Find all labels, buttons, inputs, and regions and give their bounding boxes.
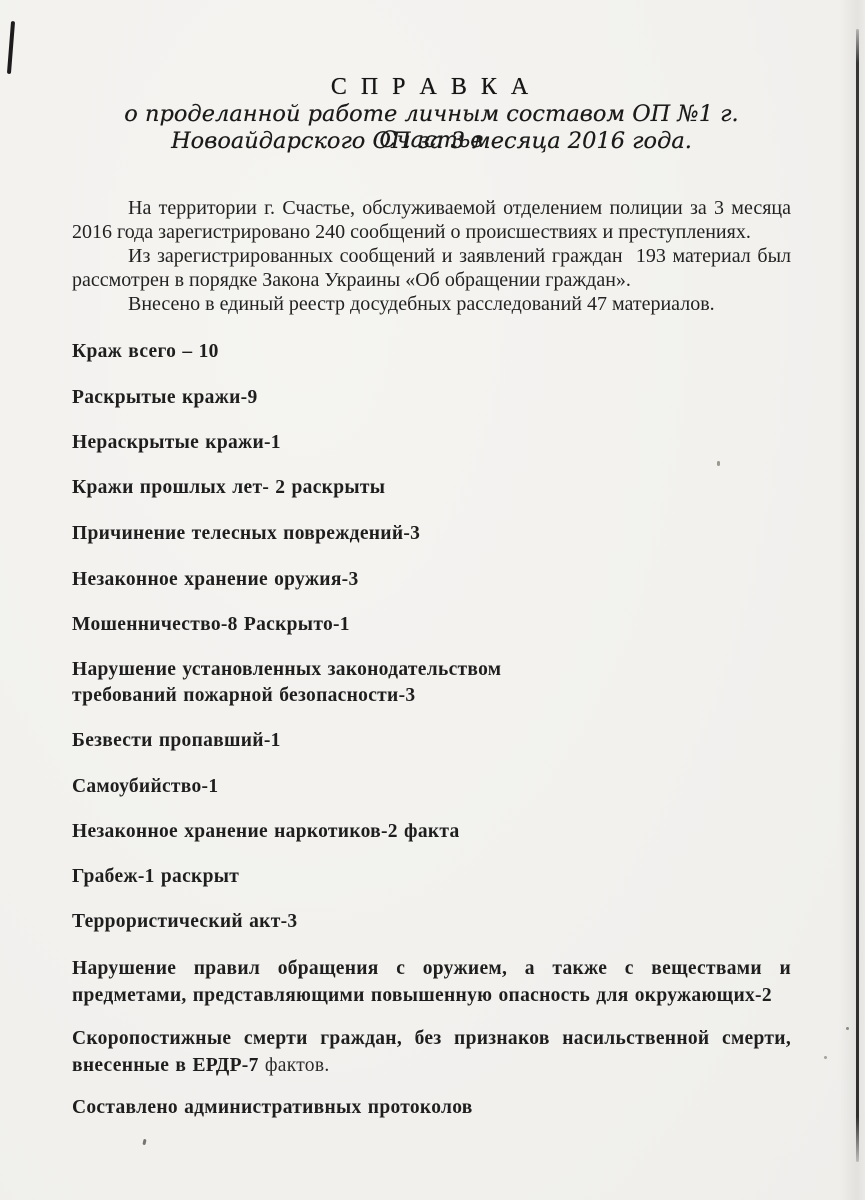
stat-line-regular-part: фактов.: [259, 1055, 330, 1076]
stat-drug-storage: Незаконное хранение наркотиков-2 факта: [72, 819, 791, 845]
ink-speck: [846, 1027, 849, 1030]
stat-sudden-deaths: Скоропостижные смерти граждан, без призн…: [72, 1025, 791, 1079]
stat-fraud: Мошенничество-8 Раскрыто-1: [72, 612, 791, 638]
pen-stroke-mark: [7, 21, 15, 74]
stat-robbery: Грабеж-1 раскрыт: [72, 864, 791, 890]
document-subtitle-line2: Новоайдарского ОП за 3 месяца 2016 года.: [72, 128, 791, 154]
stat-theft-past-years: Кражи прошлых лет- 2 раскрыты: [72, 475, 791, 501]
stat-theft-solved: Раскрытые кражи-9: [72, 385, 791, 411]
paragraph-line: 2016 года зарегистрировано 240 сообщений…: [72, 220, 791, 244]
ink-speck: [142, 1139, 146, 1145]
scanned-document-page: С П Р А В К А о проделанной работе личны…: [0, 0, 865, 1200]
stat-line: Нарушение правил обращения с оружием, а …: [72, 955, 791, 982]
stat-line: требований пожарной безопасности-3: [72, 683, 791, 709]
scan-edge-shadow: [839, 0, 865, 1200]
paragraph-line: На территории г. Счастье, обслуживаемой …: [72, 196, 791, 220]
stat-weapons-handling: Нарушение правил обращения с оружием, а …: [72, 955, 791, 1009]
stat-suicide: Самоубийство-1: [72, 774, 791, 800]
stat-line: Скоропостижные смерти граждан, без призн…: [72, 1025, 791, 1052]
paragraph-line: Внесено в единый реестр досудебных рассл…: [72, 292, 791, 316]
stat-line: предметами, представляющими повышенную о…: [72, 982, 791, 1009]
stat-line: Нарушение установленных законодательство…: [72, 657, 791, 683]
ink-speck: [717, 461, 720, 466]
stat-fire-safety: Нарушение установленных законодательство…: [72, 657, 791, 709]
stat-line: внесенные в ЕРДР-7 фактов.: [72, 1052, 791, 1079]
paragraph-line: Из зарегистрированных сообщений и заявле…: [72, 244, 791, 268]
stat-illegal-weapon-storage: Незаконное хранение оружия-3: [72, 567, 791, 593]
scan-edge-line: [856, 29, 859, 1162]
intro-paragraphs: На территории г. Счастье, обслуживаемой …: [72, 196, 791, 316]
stat-line-bold-part: внесенные в ЕРДР-7: [72, 1055, 259, 1076]
paragraph-line: рассмотрен в порядке Закона Украины «Об …: [72, 268, 791, 292]
stat-theft-unsolved: Нераскрытые кражи-1: [72, 430, 791, 456]
stat-theft-total: Краж всего – 10: [72, 339, 791, 365]
stat-admin-protocols: Составлено административных протоколов: [72, 1095, 791, 1121]
stat-missing-person: Безвести пропавший-1: [72, 728, 791, 754]
stat-bodily-harm: Причинение телесных повреждений-3: [72, 521, 791, 547]
document-title: С П Р А В К А: [72, 74, 791, 101]
ink-speck: [824, 1056, 827, 1059]
stat-terrorist-act: Террористический акт-3: [72, 909, 791, 935]
